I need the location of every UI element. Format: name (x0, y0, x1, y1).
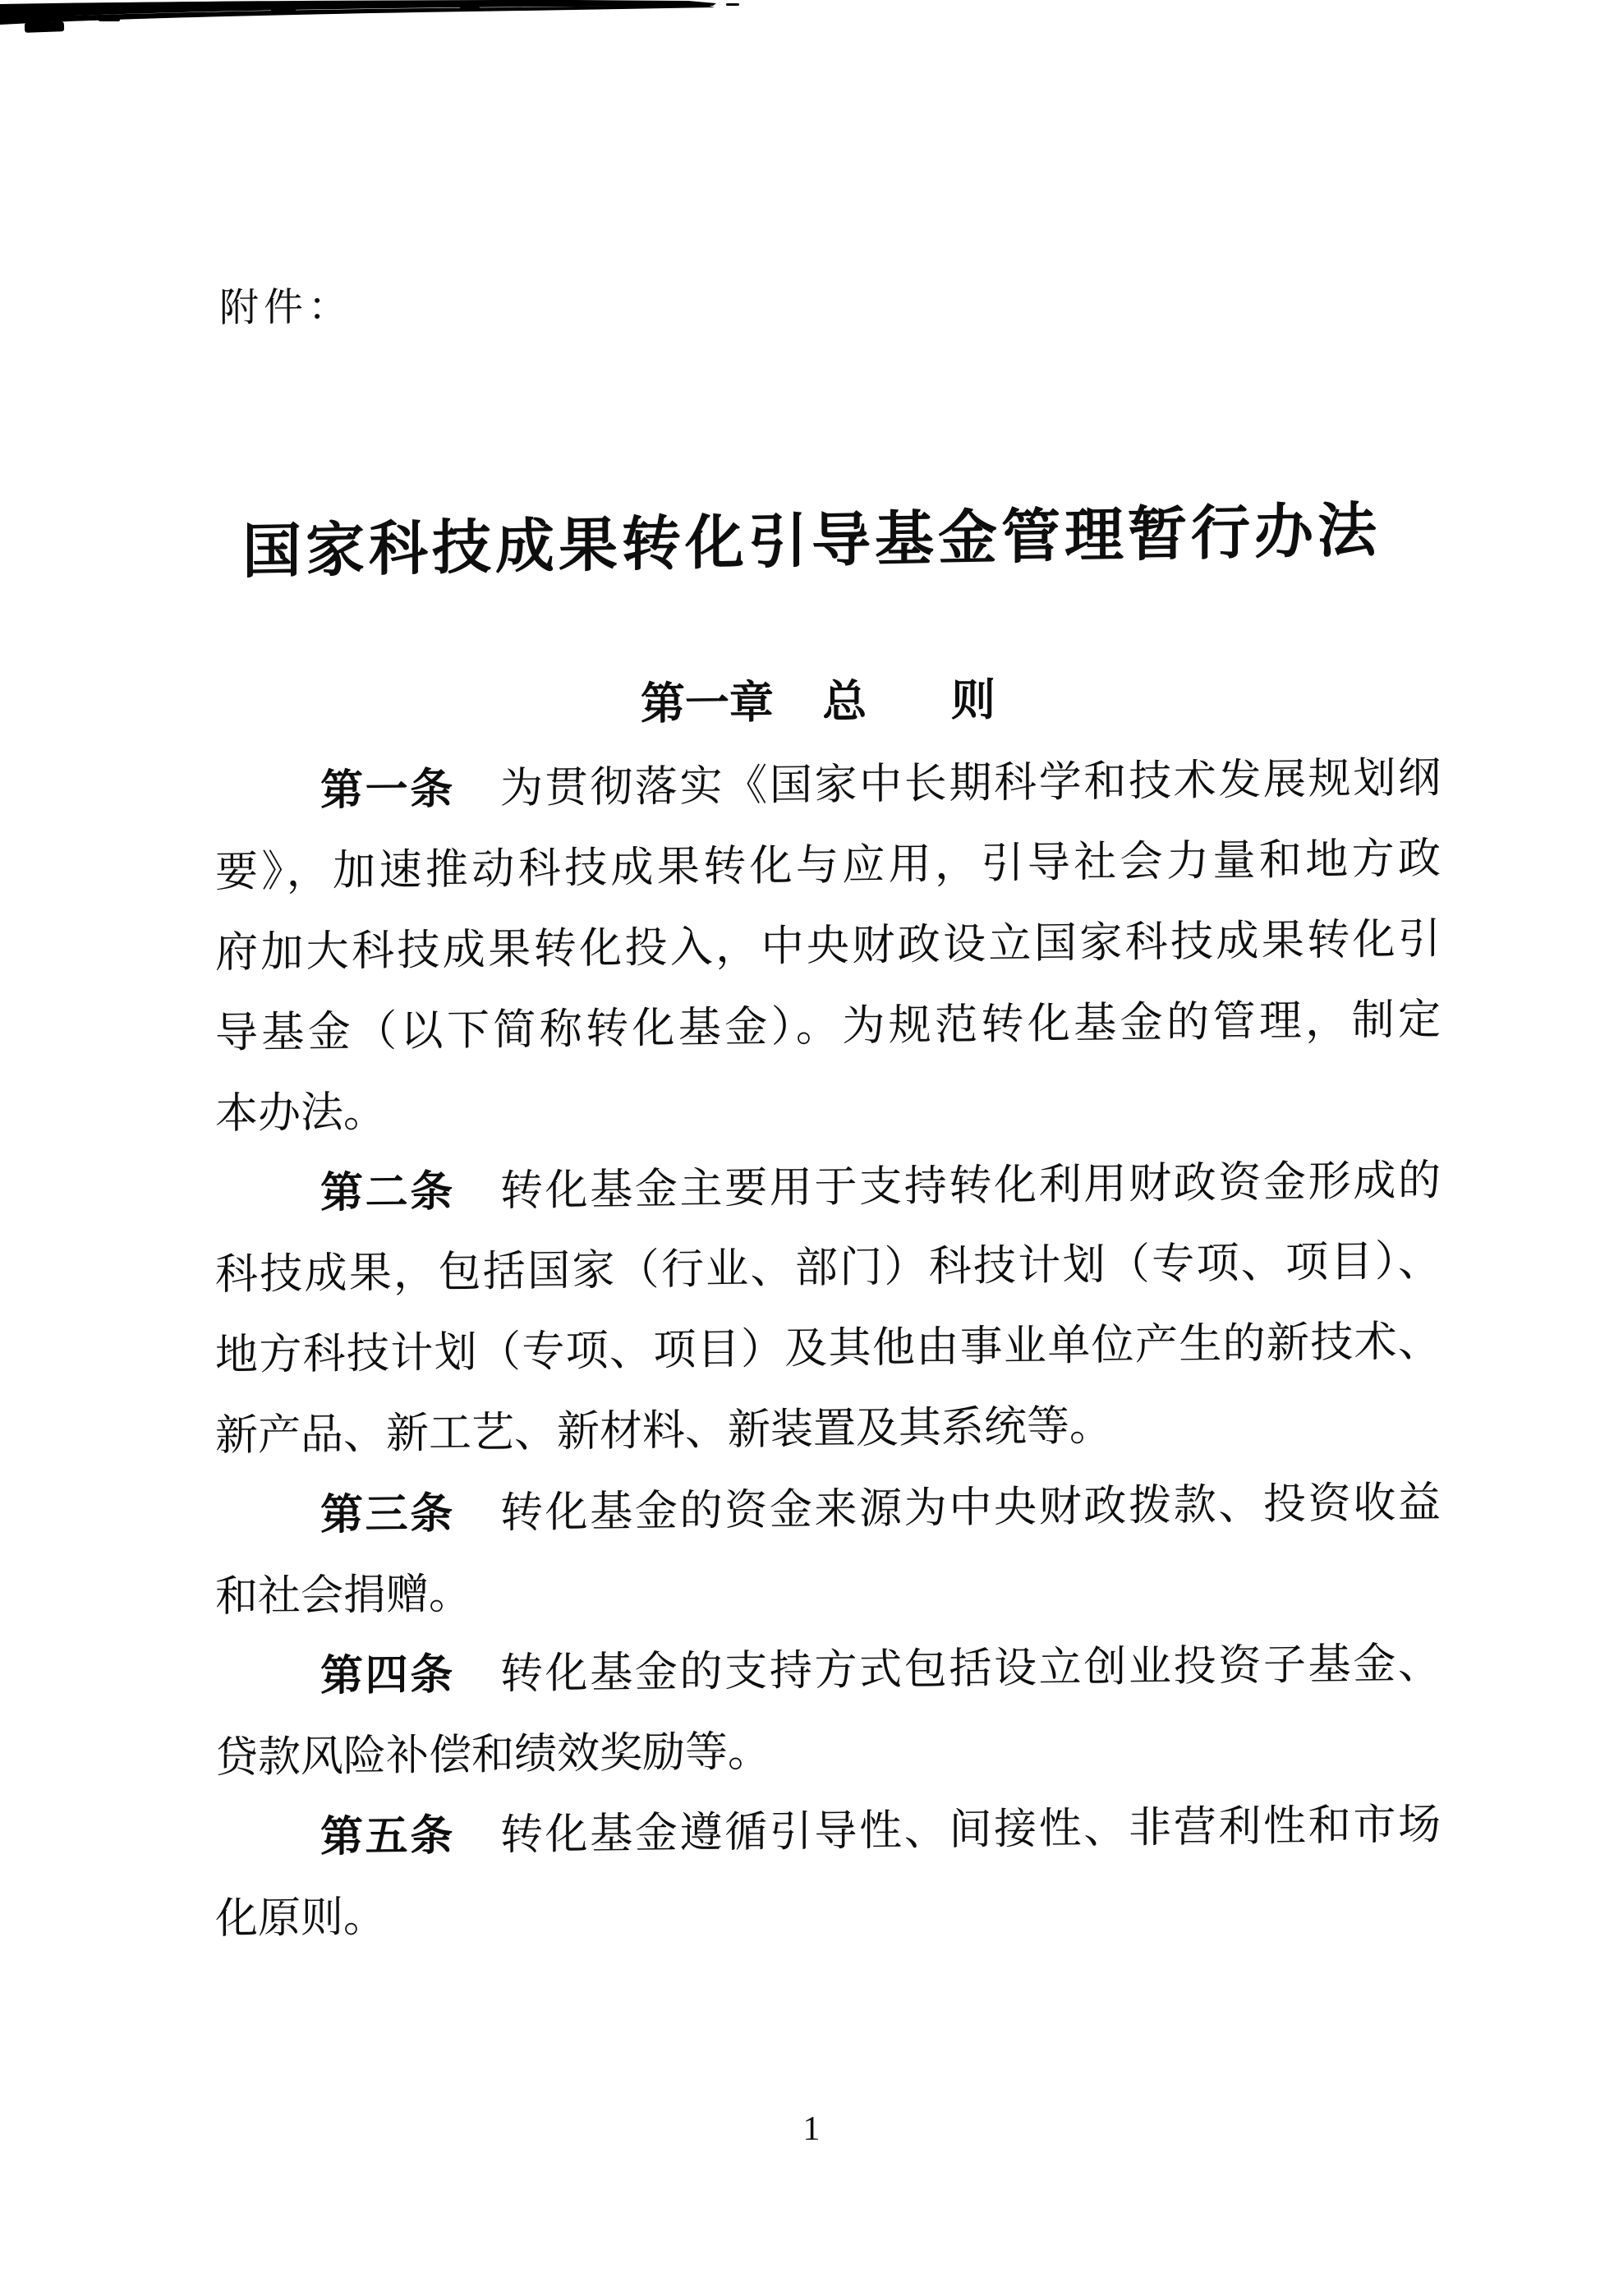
article-line: 科技成果，包括国家（行业、部门）科技计划（专项、项目）、 (215, 1222, 1441, 1316)
article-line: 第四条转化基金的支持方式包括设立创业投资子基金、 (215, 1624, 1441, 1719)
article-line: 地方科技计划（专项、项目）及其他由事业单位产生的新技术、 (215, 1302, 1441, 1396)
article-number: 第二条 (320, 1169, 455, 1217)
article-line: 本办法。 (215, 1061, 1441, 1155)
article-text: 府加大科技成果转化投入，中央财政设立国家科技成果转化引 (215, 916, 1441, 977)
article-text: 贷款风险补偿和绩效奖励等。 (215, 1728, 770, 1782)
article-text: 和社会捐赠。 (215, 1571, 471, 1621)
article-number: 第四条 (320, 1652, 455, 1700)
article-text: 转化基金遵循引导性、间接性、非营利性和市场 (500, 1801, 1441, 1859)
document-content: 附件： 国家科技成果转化引导基金管理暂行办法 第一章总 则 第一条为贯彻落实《国… (0, 0, 1623, 2296)
document-title: 国家科技成果转化引导基金管理暂行办法 (0, 492, 1623, 591)
article-text: 转化基金主要用于支持转化利用财政资金形成的 (500, 1157, 1441, 1215)
article-text: 科技成果，包括国家（行业、部门）科技计划（专项、项目）、 (215, 1238, 1441, 1299)
document-page: 附件： 国家科技成果转化引导基金管理暂行办法 第一章总 则 第一条为贯彻落实《国… (0, 0, 1623, 2296)
article-line: 第二条转化基金主要用于支持转化利用财政资金形成的 (215, 1141, 1441, 1235)
article-line: 贷款风险补偿和绩效奖励等。 (215, 1705, 1441, 1799)
chapter-title: 总 则 (822, 675, 1015, 727)
chapter-number: 第一章 (641, 678, 774, 729)
article-text: 为贯彻落实《国家中长期科学和技术发展规划纲 (500, 755, 1441, 812)
article-line: 导基金（以下简称转化基金）。为规范转化基金的管理，制定 (215, 980, 1441, 1074)
article-line: 第一条为贯彻落实《国家中长期科学和技术发展规划纲 (215, 738, 1441, 833)
article-line: 化原则。 (215, 1866, 1441, 1960)
article-line: 和社会捐赠。 (215, 1544, 1441, 1638)
article-text: 地方科技计划（专项、项目）及其他由事业单位产生的新技术、 (215, 1318, 1441, 1379)
page-number: 1 (0, 2101, 1623, 2157)
article-number: 第三条 (320, 1491, 455, 1539)
article-text: 转化基金的资金来源为中央财政拨款、投资收益 (500, 1479, 1441, 1537)
article-line: 新产品、新工艺、新材料、新装置及其系统等。 (215, 1383, 1441, 1477)
article-text: 要》，加速推动科技成果转化与应用，引导社会力量和地方政 (215, 835, 1441, 896)
article-text: 化原则。 (215, 1894, 386, 1943)
article-line: 第五条转化基金遵循引导性、间接性、非营利性和市场 (215, 1785, 1441, 1880)
article-text: 本办法。 (215, 1089, 386, 1138)
article-number: 第五条 (320, 1813, 455, 1861)
attachment-label: 附件： (219, 286, 352, 330)
article-line: 第三条转化基金的资金来源为中央财政拨款、投资收益 (215, 1463, 1441, 1558)
chapter-heading: 第一章总 则 (215, 672, 1441, 732)
article-text: 转化基金的支持方式包括设立创业投资子基金、 (500, 1640, 1441, 1698)
article-number: 第一条 (320, 766, 455, 815)
articles-container: 第一条为贯彻落实《国家中长期科学和技术发展规划纲要》，加速推动科技成果转化与应用… (215, 738, 1441, 1960)
article-text: 导基金（以下简称转化基金）。为规范转化基金的管理，制定 (215, 996, 1441, 1057)
article-text: 新产品、新工艺、新材料、新装置及其系统等。 (215, 1403, 1112, 1460)
article-line: 府加大科技成果转化投入，中央财政设立国家科技成果转化引 (215, 900, 1441, 994)
article-line: 要》，加速推动科技成果转化与应用，引导社会力量和地方政 (215, 819, 1441, 913)
